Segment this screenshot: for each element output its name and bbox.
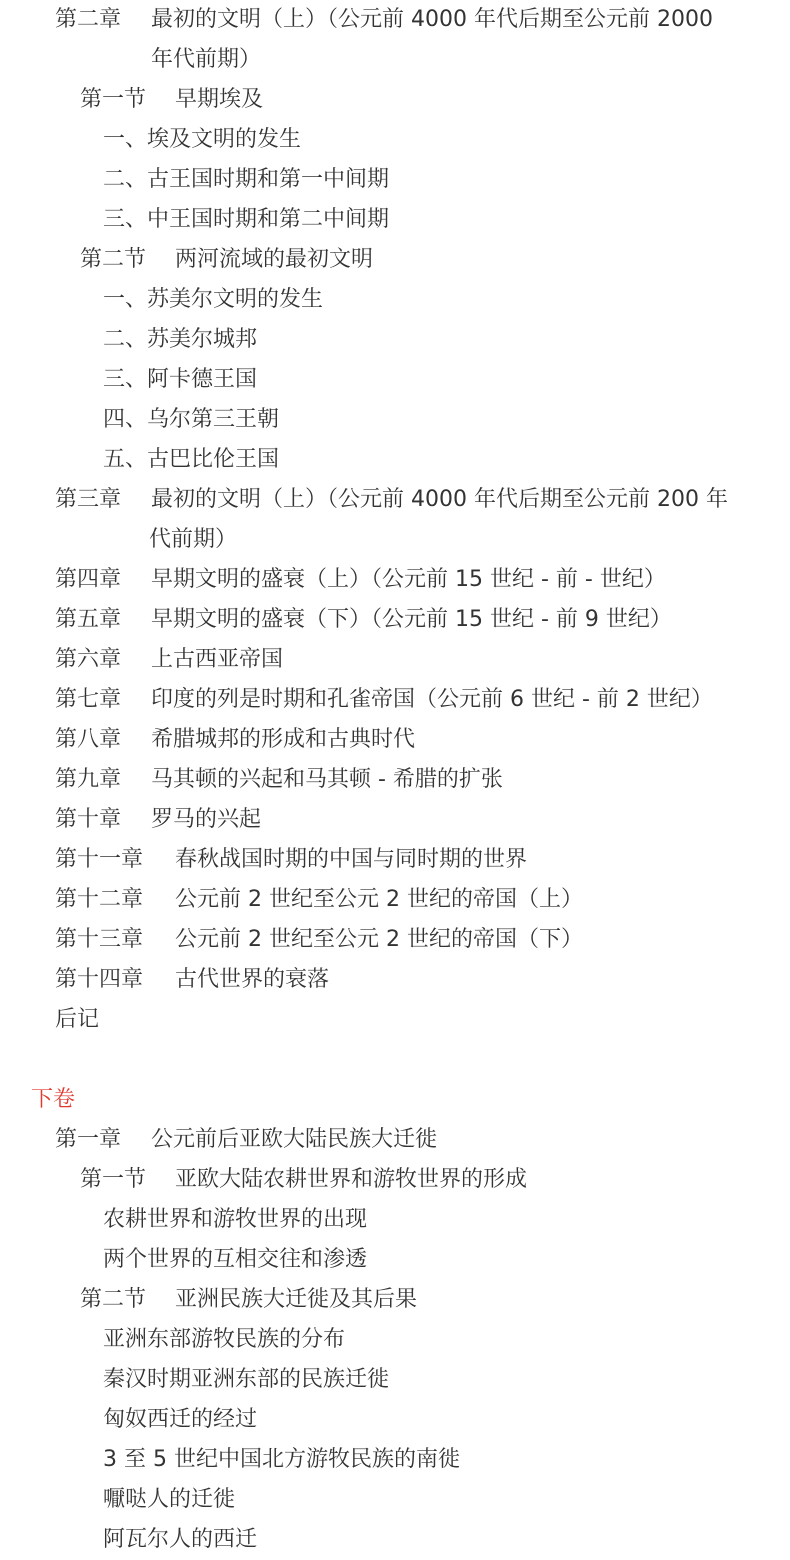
toc-chapter[interactable]: 第六章上古西亚帝国 <box>0 640 790 680</box>
toc-chapter[interactable]: 第八章希腊城邦的形成和古典时代 <box>0 720 790 760</box>
toc-chapter[interactable]: 第一章公元前后亚欧大陆民族大迁徙 <box>0 1120 790 1160</box>
toc-title: 最初的文明（上）（公元前 4000 年代后期至公元前 2000 <box>151 0 713 40</box>
toc-volume[interactable]: 下卷 <box>0 1080 790 1120</box>
toc-title: 后记 <box>55 1000 99 1040</box>
toc-title: 四、乌尔第三王朝 <box>103 400 279 440</box>
toc-label: 第八章 <box>55 720 121 760</box>
toc-item[interactable]: 一、苏美尔文明的发生 <box>0 280 790 320</box>
toc-title: 罗马的兴起 <box>151 800 261 840</box>
toc-title: 年代前期） <box>151 40 261 80</box>
toc-item[interactable]: 五、古巴比伦王国 <box>0 440 790 480</box>
toc-label: 第六章 <box>55 640 121 680</box>
toc-section[interactable]: 第一节早期埃及 <box>0 80 790 120</box>
toc-chapter[interactable]: 第十章罗马的兴起 <box>0 800 790 840</box>
toc-title: 亚欧大陆农耕世界和游牧世界的形成 <box>175 1160 527 1200</box>
toc-chapter[interactable]: 第九章马其顿的兴起和马其顿 - 希腊的扩张 <box>0 760 790 800</box>
toc-item[interactable]: 四、乌尔第三王朝 <box>0 400 790 440</box>
toc-label: 第五章 <box>55 600 121 640</box>
toc-item[interactable]: 三、中王国时期和第二中间期 <box>0 200 790 240</box>
toc-item[interactable]: 阿瓦尔人的西迁 <box>0 1520 790 1560</box>
toc-item[interactable]: 二、苏美尔城邦 <box>0 320 790 360</box>
toc-title: 下卷 <box>31 1080 75 1120</box>
toc-label: 第三章 <box>55 480 121 520</box>
toc-item[interactable]: 三、阿卡德王国 <box>0 360 790 400</box>
toc-section[interactable]: 第二节两河流域的最初文明 <box>0 240 790 280</box>
toc-title: 3 至 5 世纪中国北方游牧民族的南徙 <box>103 1440 460 1480</box>
toc-title: 亚洲民族大迁徙及其后果 <box>175 1280 417 1320</box>
toc-title: 希腊城邦的形成和古典时代 <box>151 720 415 760</box>
toc-title: 春秋战国时期的中国与同时期的世界 <box>175 840 527 880</box>
toc-title: 五、古巴比伦王国 <box>103 440 279 480</box>
toc-item[interactable]: 两个世界的互相交往和渗透 <box>0 1240 790 1280</box>
toc-title: 上古西亚帝国 <box>151 640 283 680</box>
toc-title: 亚洲东部游牧民族的分布 <box>103 1320 345 1360</box>
toc-continuation[interactable]: 代前期） <box>0 520 790 560</box>
toc-label: 第十四章 <box>55 960 143 1000</box>
toc-label: 第一节 <box>80 1160 146 1200</box>
toc-label: 第十章 <box>55 800 121 840</box>
toc-title: 代前期） <box>149 520 237 560</box>
toc-item[interactable]: 秦汉时期亚洲东部的民族迁徙 <box>0 1360 790 1400</box>
toc-chapter[interactable]: 第七章印度的列是时期和孔雀帝国（公元前 6 世纪 - 前 2 世纪） <box>0 680 790 720</box>
toc-title: 两个世界的互相交往和渗透 <box>103 1240 367 1280</box>
toc-chapter[interactable]: 第十二章公元前 2 世纪至公元 2 世纪的帝国（上） <box>0 880 790 920</box>
toc-item[interactable]: 二、古王国时期和第一中间期 <box>0 160 790 200</box>
toc-title: 匈奴西迁的经过 <box>103 1400 257 1440</box>
toc-label: 第九章 <box>55 760 121 800</box>
toc-chapter[interactable]: 第十三章公元前 2 世纪至公元 2 世纪的帝国（下） <box>0 920 790 960</box>
toc-item[interactable]: 嚈哒人的迁徙 <box>0 1480 790 1520</box>
toc-label: 第一章 <box>55 1120 121 1160</box>
toc-label: 第二节 <box>80 240 146 280</box>
toc-chapter[interactable]: 第五章早期文明的盛衰（下）（公元前 15 世纪 - 前 9 世纪） <box>0 600 790 640</box>
toc-title: 最初的文明（上）（公元前 4000 年代后期至公元前 200 年 <box>151 480 728 520</box>
toc-label: 第一节 <box>80 80 146 120</box>
toc-label: 第十二章 <box>55 880 143 920</box>
toc-label: 第十三章 <box>55 920 143 960</box>
toc-chapter[interactable]: 第三章最初的文明（上）（公元前 4000 年代后期至公元前 200 年 <box>0 480 790 520</box>
toc-label: 第二节 <box>80 1280 146 1320</box>
toc-chapter[interactable]: 后记 <box>0 1000 790 1040</box>
toc-title: 古代世界的衰落 <box>175 960 329 1000</box>
toc-title: 二、古王国时期和第一中间期 <box>103 160 389 200</box>
toc-chapter[interactable]: 第二章最初的文明（上）（公元前 4000 年代后期至公元前 2000 <box>0 0 790 40</box>
toc-title: 两河流域的最初文明 <box>175 240 373 280</box>
toc-item[interactable]: 一、埃及文明的发生 <box>0 120 790 160</box>
toc-item[interactable]: 亚洲东部游牧民族的分布 <box>0 1320 790 1360</box>
toc-chapter[interactable]: 第十四章古代世界的衰落 <box>0 960 790 1000</box>
toc-chapter[interactable]: 第四章早期文明的盛衰（上）（公元前 15 世纪 - 前 - 世纪） <box>0 560 790 600</box>
toc-label: 第四章 <box>55 560 121 600</box>
toc-title: 一、埃及文明的发生 <box>103 120 301 160</box>
toc-item[interactable]: 农耕世界和游牧世界的出现 <box>0 1200 790 1240</box>
toc-chapter[interactable]: 第十一章春秋战国时期的中国与同时期的世界 <box>0 840 790 880</box>
toc-title: 农耕世界和游牧世界的出现 <box>103 1200 367 1240</box>
toc-title: 公元前后亚欧大陆民族大迁徙 <box>151 1120 437 1160</box>
toc-label: 第七章 <box>55 680 121 720</box>
toc-title: 二、苏美尔城邦 <box>103 320 257 360</box>
toc-title: 公元前 2 世纪至公元 2 世纪的帝国（下） <box>175 920 583 960</box>
toc-title: 早期埃及 <box>175 80 263 120</box>
toc-label: 第二章 <box>55 0 121 40</box>
toc-title: 公元前 2 世纪至公元 2 世纪的帝国（上） <box>175 880 583 920</box>
toc-section[interactable]: 第一节亚欧大陆农耕世界和游牧世界的形成 <box>0 1160 790 1200</box>
toc-title: 三、阿卡德王国 <box>103 360 257 400</box>
toc-title: 一、苏美尔文明的发生 <box>103 280 323 320</box>
toc-continuation[interactable]: 年代前期） <box>0 40 790 80</box>
toc-title: 秦汉时期亚洲东部的民族迁徙 <box>103 1360 389 1400</box>
toc-item[interactable]: 匈奴西迁的经过 <box>0 1400 790 1440</box>
toc-title: 早期文明的盛衰（上）（公元前 15 世纪 - 前 - 世纪） <box>151 560 666 600</box>
toc-title: 三、中王国时期和第二中间期 <box>103 200 389 240</box>
toc-title: 嚈哒人的迁徙 <box>103 1480 235 1520</box>
toc-title: 早期文明的盛衰（下）（公元前 15 世纪 - 前 9 世纪） <box>151 600 672 640</box>
toc-title: 阿瓦尔人的西迁 <box>103 1520 257 1560</box>
toc-title: 印度的列是时期和孔雀帝国（公元前 6 世纪 - 前 2 世纪） <box>151 680 713 720</box>
toc-label: 第十一章 <box>55 840 143 880</box>
toc-section[interactable]: 第二节亚洲民族大迁徙及其后果 <box>0 1280 790 1320</box>
toc-item[interactable]: 3 至 5 世纪中国北方游牧民族的南徙 <box>0 1440 790 1480</box>
toc-title: 马其顿的兴起和马其顿 - 希腊的扩张 <box>151 760 503 800</box>
